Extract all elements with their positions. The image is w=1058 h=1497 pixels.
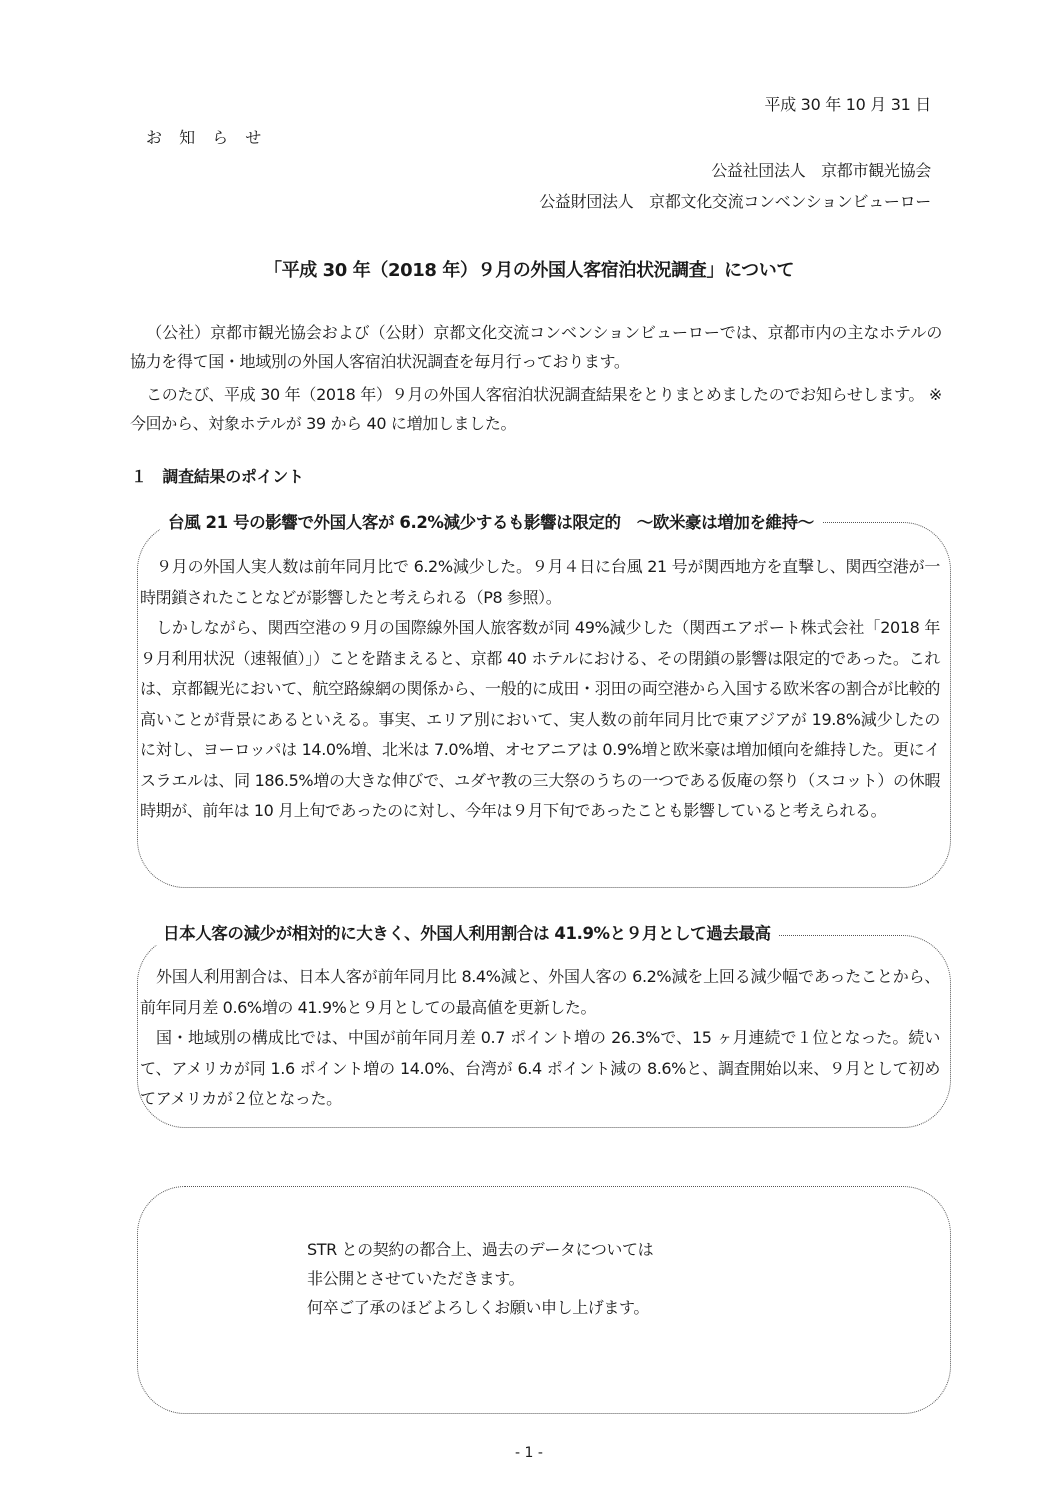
- disclaimer-line-3: 何卒ご了承のほどよろしくお願い申し上げます。: [307, 1293, 653, 1322]
- highlight-box-1-heading: 台風 21 号の影響で外国人客が 6.2%減少するも影響は限定的 ～欧米豪は増加…: [160, 512, 822, 534]
- document-date: 平成 30 年 10 月 31 日: [765, 94, 932, 116]
- organization-1: 公益社団法人 京都市観光協会: [711, 160, 931, 182]
- highlight-box-2-heading: 日本人客の減少が相対的に大きく、外国人利用割合は 41.9%と９月として過去最高: [155, 923, 779, 945]
- intro-paragraph-1: （公社）京都市観光協会および（公財）京都文化交流コンベンションビューローでは、京…: [130, 319, 942, 376]
- page-number: - 1 -: [0, 1445, 1058, 1461]
- notice-label: お 知 ら せ: [146, 127, 267, 149]
- document-title: 「平成 30 年（2018 年）９月の外国人客宿泊状況調査」について: [0, 256, 1058, 282]
- intro-paragraph-2: このたび、平成 30 年（2018 年）９月の外国人客宿泊状況調査結果をとりまと…: [130, 381, 942, 438]
- disclaimer-line-2: 非公開とさせていただきます。: [307, 1264, 653, 1293]
- box1-paragraph-1: ９月の外国人実人数は前年同月比で 6.2%減少した。９月４日に台風 21 号が関…: [140, 552, 940, 613]
- disclaimer-line-1: STR との契約の都合上、過去のデータについては: [307, 1235, 653, 1264]
- highlight-box-1-body: ９月の外国人実人数は前年同月比で 6.2%減少した。９月４日に台風 21 号が関…: [140, 552, 940, 827]
- intro-text-2: このたび、平成 30 年（2018 年）９月の外国人客宿泊状況調査結果をとりまと…: [130, 385, 942, 433]
- organization-2: 公益財団法人 京都文化交流コンベンションビューロー: [539, 191, 931, 213]
- section-heading: １ 調査結果のポイント: [131, 466, 304, 488]
- box1-paragraph-2: しかしながら、関西空港の９月の国際線外国人旅客数が同 49%減少した（関西エアポ…: [140, 613, 940, 827]
- highlight-box-2-body: 外国人利用割合は、日本人客が前年同月比 8.4%減と、外国人客の 6.2%減を上…: [140, 962, 940, 1115]
- intro-text-1: （公社）京都市観光協会および（公財）京都文化交流コンベンションビューローでは、京…: [130, 323, 942, 371]
- box2-paragraph-1: 外国人利用割合は、日本人客が前年同月比 8.4%減と、外国人客の 6.2%減を上…: [140, 962, 940, 1023]
- disclaimer-text: STR との契約の都合上、過去のデータについては 非公開とさせていただきます。 …: [307, 1235, 653, 1322]
- box2-paragraph-2: 国・地域別の構成比では、中国が前年同月差 0.7 ポイント増の 26.3%で、1…: [140, 1023, 940, 1115]
